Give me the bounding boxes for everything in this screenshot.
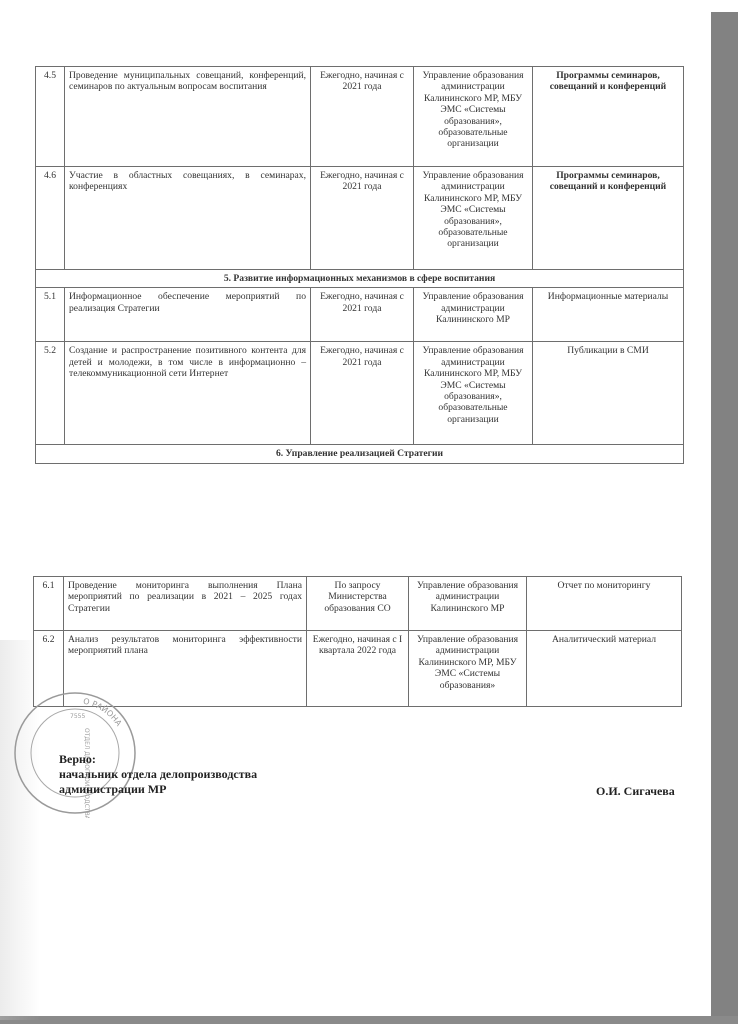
row-number: 6.1 xyxy=(34,577,64,631)
activity-name: Участие в областных совещаниях, в семина… xyxy=(65,167,311,270)
activity-result: Программы семинаров, совещаний и конфере… xyxy=(533,67,684,167)
table-row-4-6: 4.6 Участие в областных совещаниях, в се… xyxy=(36,167,684,270)
activity-executor: Управление образования администрации Кал… xyxy=(414,167,533,270)
activity-term: Ежегодно, начиная с 2021 года xyxy=(311,288,414,342)
activity-executor: Управление образования администрации Кал… xyxy=(414,288,533,342)
plan-table-part-1: 4.5 Проведение муниципальных совещаний, … xyxy=(35,66,684,464)
activity-name: Анализ результатов мониторинга эффективн… xyxy=(64,631,307,707)
row-number: 4.5 xyxy=(36,67,65,167)
activity-name: Создание и распространение позитивного к… xyxy=(65,342,311,445)
activity-result: Отчет по мониторингу xyxy=(527,577,682,631)
section-title: 5. Развитие информационных механизмов в … xyxy=(36,270,684,288)
activity-term: По запросу Министерства образования СО xyxy=(307,577,409,631)
activity-name: Информационное обеспечение мероприятий п… xyxy=(65,288,311,342)
table-row-6-1: 6.1 Проведение мониторинга выполнения Пл… xyxy=(34,577,682,631)
row-number: 5.1 xyxy=(36,288,65,342)
activity-result: Публикации в СМИ xyxy=(533,342,684,445)
stamp-number: 7555 xyxy=(70,713,85,720)
activity-result: Аналитический материал xyxy=(527,631,682,707)
row-number: 4.6 xyxy=(36,167,65,270)
activity-executor: Управление образования администрации Кал… xyxy=(414,67,533,167)
plan-table-part-2: 6.1 Проведение мониторинга выполнения Пл… xyxy=(33,576,682,707)
activity-name: Проведение мониторинга выполнения Плана … xyxy=(64,577,307,631)
signer-position: начальник отдела делопроизводства xyxy=(59,767,257,782)
certification-label: Верно: xyxy=(59,752,257,767)
activity-executor: Управление образования администрации Кал… xyxy=(409,577,527,631)
section-header-6: 6. Управление реализацией Стратегии xyxy=(36,445,684,463)
activity-term: Ежегодно, начиная с 2021 года xyxy=(311,67,414,167)
activity-executor: Управление образования администрации Кал… xyxy=(409,631,527,707)
scan-edge-bottom xyxy=(0,1016,738,1024)
activity-term: Ежегодно, начиная с 2021 года xyxy=(311,342,414,445)
activity-term: Ежегодно, начиная с I квартала 2022 года xyxy=(307,631,409,707)
activity-term: Ежегодно, начиная с 2021 года xyxy=(311,167,414,270)
activity-result: Информационные материалы xyxy=(533,288,684,342)
signer-name: О.И. Сигачева xyxy=(596,784,675,799)
activity-executor: Управление образования администрации Кал… xyxy=(414,342,533,445)
table-row-4-5: 4.5 Проведение муниципальных совещаний, … xyxy=(36,67,684,167)
row-number: 5.2 xyxy=(36,342,65,445)
table-row-5-2: 5.2 Создание и распространение позитивно… xyxy=(36,342,684,445)
section-header-5: 5. Развитие информационных механизмов в … xyxy=(36,270,684,288)
activity-name: Проведение муниципальных совещаний, конф… xyxy=(65,67,311,167)
row-number: 6.2 xyxy=(34,631,64,707)
certification-block: Верно: начальник отдела делопроизводства… xyxy=(59,752,257,797)
signer-department: администрации МР xyxy=(59,782,257,797)
section-title: 6. Управление реализацией Стратегии xyxy=(36,445,684,463)
table-row-5-1: 5.1 Информационное обеспечение мероприят… xyxy=(36,288,684,342)
scan-edge-right xyxy=(711,12,738,1024)
table-row-6-2: 6.2 Анализ результатов мониторинга эффек… xyxy=(34,631,682,707)
activity-result: Программы семинаров, совещаний и конфере… xyxy=(533,167,684,270)
